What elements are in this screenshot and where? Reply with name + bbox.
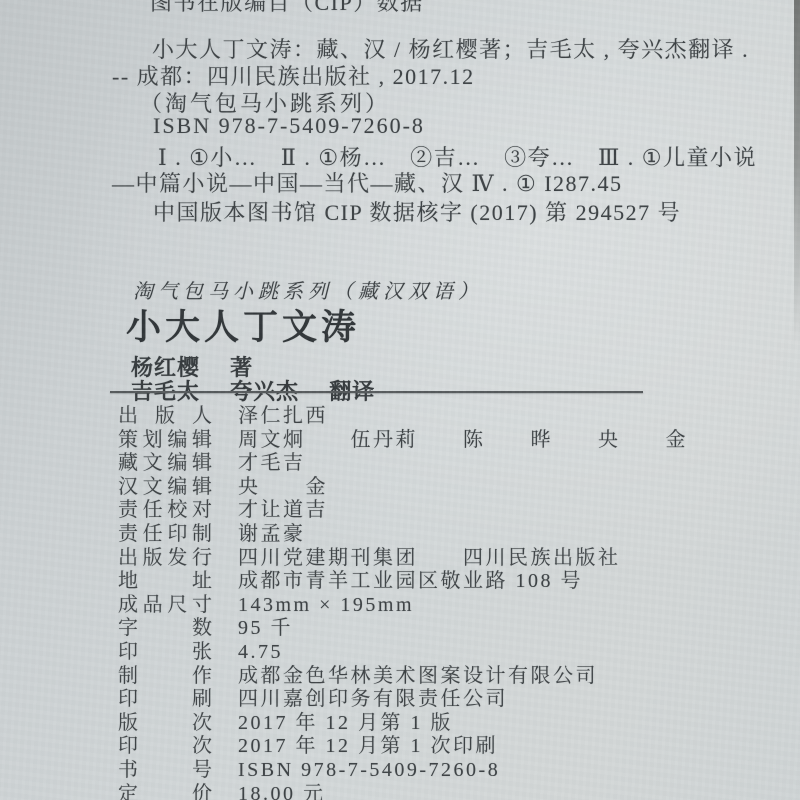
cip-isbn: ISBN 978-7-5409-7260-8: [153, 113, 425, 139]
colophon-row: 出版发行四川党建期刊集团 四川民族出版社: [118, 541, 788, 565]
colophon-row: 责任校对才让道吉: [118, 493, 788, 517]
colophon-value: 18.00 元: [238, 777, 326, 800]
colophon-row: 出版人泽仁扎西: [118, 399, 788, 423]
colophon-row: 字数95 千: [118, 611, 788, 635]
colophon-row: 印刷四川嘉创印务有限责任公司: [118, 682, 788, 706]
colophon-row: 印次2017 年 12 月第 1 次印刷: [118, 729, 788, 753]
colophon-value: 周文炯 伍丹莉 陈 晔 央 金: [238, 423, 688, 452]
colophon-row: 制作成都金色华林美术图案设计有限公司: [118, 659, 788, 683]
book-copyright-page-photo: 图书在版编目（CIP）数据 小大人丁文涛：藏、汉 / 杨红樱著；吉毛太 , 夸兴…: [0, 0, 800, 800]
cip-classification-line2: —中篇小说—中国—当代—藏、汉 Ⅳ . ① I287.45: [112, 167, 623, 198]
book-title: 小大人丁文涛: [126, 300, 360, 350]
colophon-table: 出版人泽仁扎西 策划编辑周文炯 伍丹莉 陈 晔 央 金 藏文编辑才毛吉 汉文编辑…: [118, 399, 788, 800]
colophon-row: 策划编辑周文炯 伍丹莉 陈 晔 央 金: [118, 423, 788, 447]
page-edge-shadow: [794, 0, 800, 345]
divider-rule: [110, 391, 643, 393]
colophon-value: 成都市青羊工业园区敬业路 108 号: [238, 564, 583, 593]
colophon-row: 责任印制谢孟豪: [118, 517, 788, 541]
colophon-row: 印张4.75: [118, 635, 788, 659]
colophon-row: 汉文编辑央 金: [118, 470, 788, 494]
cip-header: 图书在版编目（CIP）数据: [150, 0, 424, 17]
colophon-value: 2017 年 12 月第 1 次印刷: [238, 729, 498, 758]
colophon-row: 地址成都市青羊工业园区敬业路 108 号: [118, 564, 788, 588]
cip-registry-number: 中国版本图书馆 CIP 数据核字 (2017) 第 294527 号: [153, 196, 681, 227]
colophon-label: 定价: [118, 777, 212, 800]
colophon-value: 95 千: [238, 611, 293, 640]
